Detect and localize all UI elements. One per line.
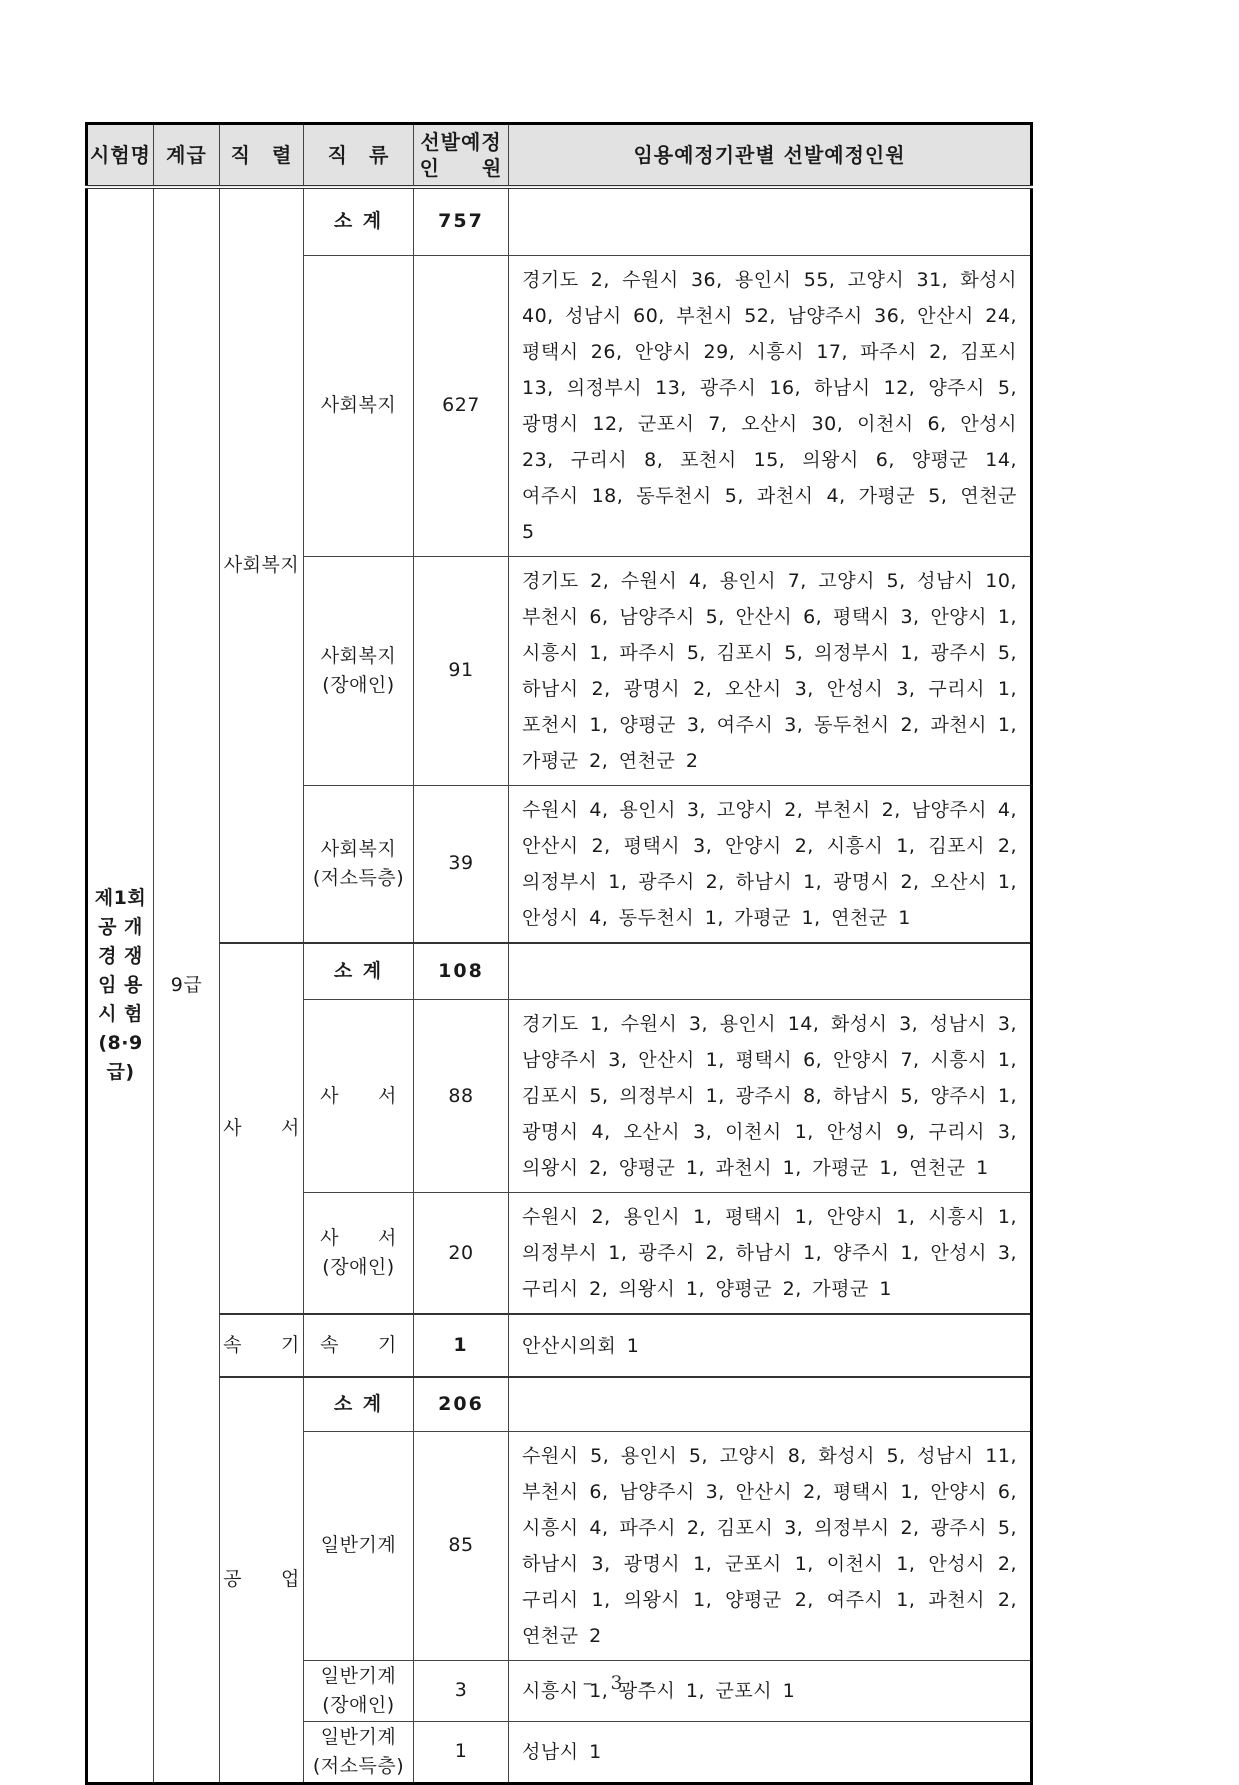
quota-cell: 1 — [414, 1721, 509, 1783]
agencies-cell: 경기도 1, 수원시 3, 용인시 14, 화성시 3, 성남시 3, 남양주시… — [509, 1000, 1032, 1193]
quota-cell: 206 — [414, 1377, 509, 1431]
grade-cell: 9급 — [154, 187, 220, 1783]
recruitment-table: 시험명 계급 직 렬 직 류 선발예정 인 원 임용예정기관별 선발예정인원 제… — [85, 122, 1033, 1785]
category-cell: 일반기계 — [304, 1431, 414, 1660]
category-cell: 사회복지 (장애인) — [304, 556, 414, 785]
agencies-cell: 성남시 1 — [509, 1721, 1032, 1783]
quota-cell: 20 — [414, 1193, 509, 1315]
agencies-cell: 수원시 4, 용인시 3, 고양시 2, 부천시 2, 남양주시 4, 안산시 … — [509, 785, 1032, 943]
category-cell: 소 계 — [304, 1377, 414, 1431]
category-cell: 사 서 — [304, 1000, 414, 1193]
agencies-cell — [509, 1377, 1032, 1431]
category-cell: 소 계 — [304, 943, 414, 1000]
series-cell-steno: 속 기 — [220, 1314, 304, 1377]
table-row: 제1회 공 개 경 쟁 임 용 시 험 (8·9급) 9급 사회복지 소 계 7… — [87, 187, 1032, 255]
agencies-cell: 경기도 2, 수원시 4, 용인시 7, 고양시 5, 성남시 10, 부천시 … — [509, 556, 1032, 785]
category-cell: 소 계 — [304, 187, 414, 255]
col-header-agencies: 임용예정기관별 선발예정인원 — [509, 124, 1032, 188]
agencies-cell: 안산시의회 1 — [509, 1314, 1032, 1377]
exam-name-cell: 제1회 공 개 경 쟁 임 용 시 험 (8·9급) — [87, 187, 154, 1783]
quota-cell: 627 — [414, 255, 509, 556]
col-header-grade: 계급 — [154, 124, 220, 188]
quota-cell: 757 — [414, 187, 509, 255]
agencies-cell: 경기도 2, 수원시 36, 용인시 55, 고양시 31, 화성시 40, 성… — [509, 255, 1032, 556]
col-header-series: 직 렬 — [220, 124, 304, 188]
quota-cell: 85 — [414, 1431, 509, 1660]
quota-cell: 88 — [414, 1000, 509, 1193]
col-header-category: 직 류 — [304, 124, 414, 188]
category-cell: 사회복지 (저소득층) — [304, 785, 414, 943]
agencies-cell: 수원시 5, 용인시 5, 고양시 8, 화성시 5, 성남시 11, 부천시 … — [509, 1431, 1032, 1660]
series-cell-industry: 공 업 — [220, 1377, 304, 1783]
quota-cell: 91 — [414, 556, 509, 785]
col-header-quota: 선발예정 인 원 — [414, 124, 509, 188]
table-row: 사 서 소 계 108 — [87, 943, 1032, 1000]
agencies-cell — [509, 187, 1032, 255]
page-number: – 3 – — [0, 1672, 1239, 1694]
table-row: 공 업 소 계 206 — [87, 1377, 1032, 1431]
table-row: 속 기 속 기 1 안산시의회 1 — [87, 1314, 1032, 1377]
agencies-cell: 수원시 2, 용인시 1, 평택시 1, 안양시 1, 시흥시 1, 의정부시 … — [509, 1193, 1032, 1315]
category-cell: 일반기계 (저소득층) — [304, 1721, 414, 1783]
series-cell-library: 사 서 — [220, 943, 304, 1315]
category-cell: 사회복지 — [304, 255, 414, 556]
quota-cell: 108 — [414, 943, 509, 1000]
quota-cell: 39 — [414, 785, 509, 943]
header-row: 시험명 계급 직 렬 직 류 선발예정 인 원 임용예정기관별 선발예정인원 — [87, 124, 1032, 188]
category-cell: 사 서 (장애인) — [304, 1193, 414, 1315]
category-cell: 속 기 — [304, 1314, 414, 1377]
series-cell-welfare: 사회복지 — [220, 187, 304, 943]
agencies-cell — [509, 943, 1032, 1000]
quota-cell: 1 — [414, 1314, 509, 1377]
col-header-exam: 시험명 — [87, 124, 154, 188]
